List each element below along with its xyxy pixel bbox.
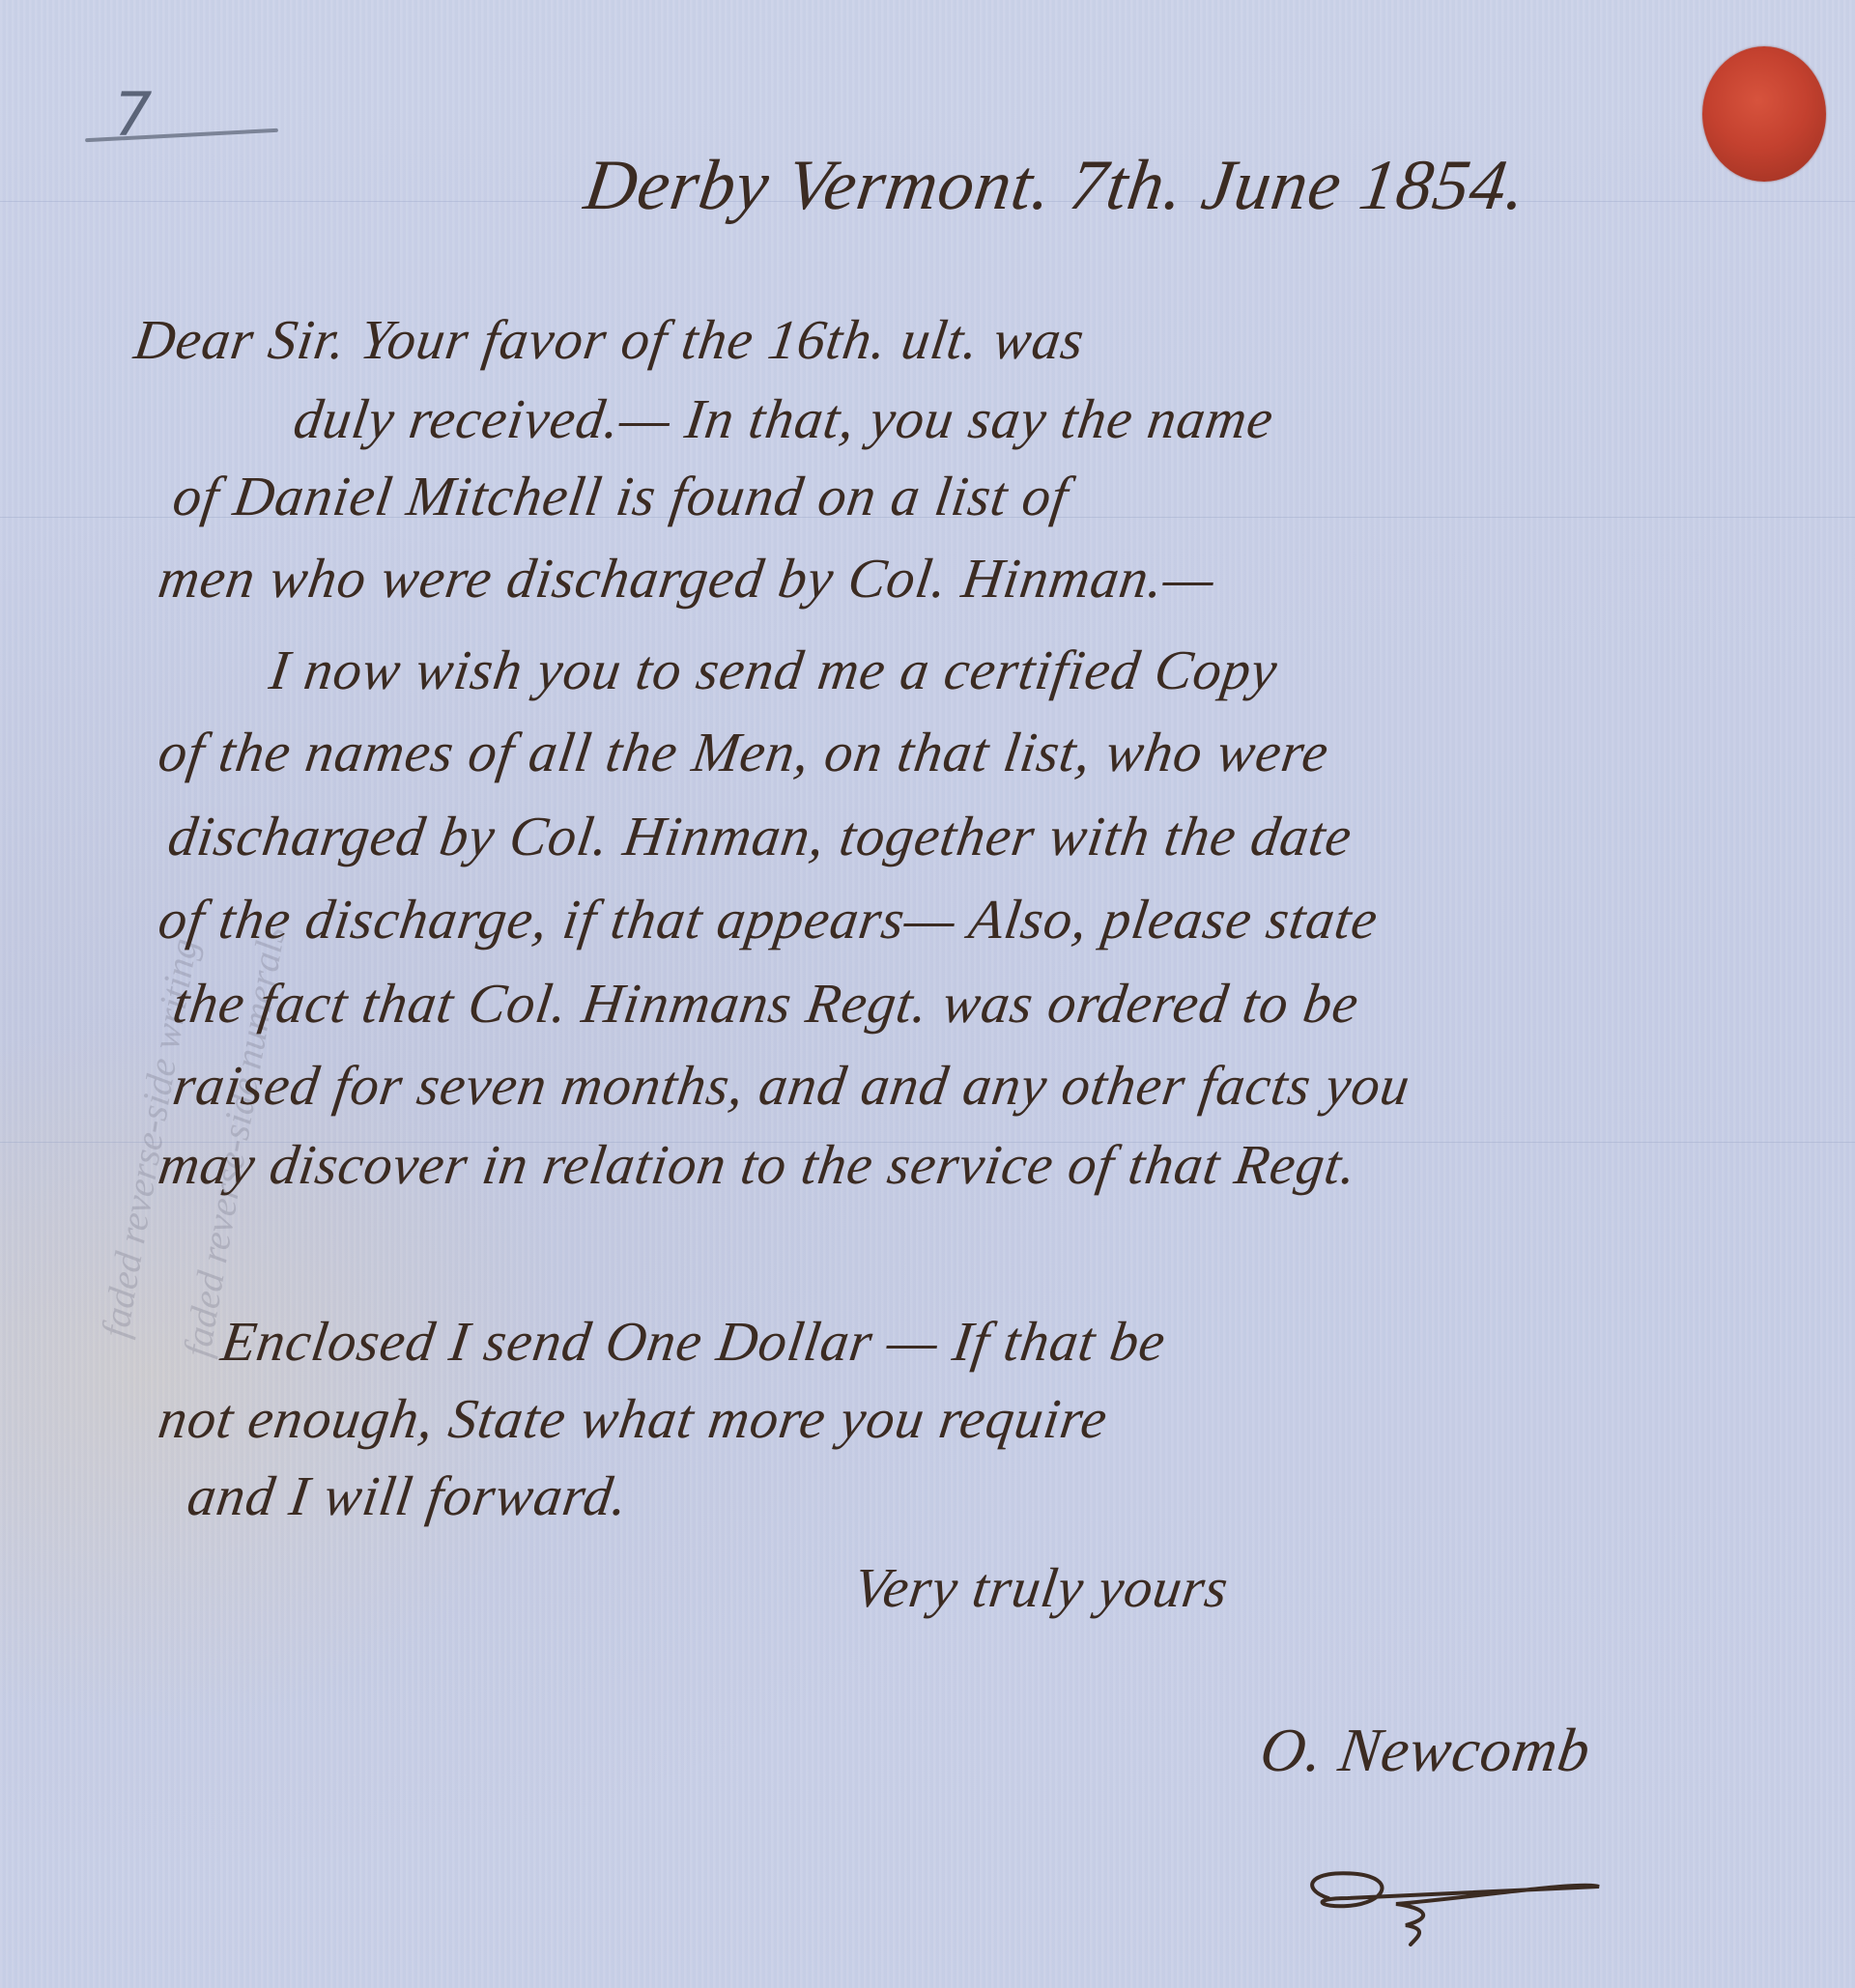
signature: O. Newcomb bbox=[1256, 1715, 1595, 1786]
dateline: Derby Vermont. 7th. June 1854. bbox=[580, 145, 1531, 227]
letter-page: faded reverse-side writing faded reverse… bbox=[0, 0, 1855, 1988]
wax-seal bbox=[1702, 46, 1826, 182]
body-line-5: of the names of all the Men, on that lis… bbox=[155, 720, 1333, 784]
closing: Very truly yours bbox=[850, 1555, 1233, 1620]
body-line-6: discharged by Col. Hinman, together with… bbox=[164, 804, 1356, 868]
body-line-13: and I will forward. bbox=[184, 1463, 633, 1528]
salutation-line: Dear Sir. Your favor of the 16th. ult. w… bbox=[130, 307, 1089, 372]
body-line-10: may discover in relation to the service … bbox=[155, 1132, 1361, 1197]
body-line-11: Enclosed I send One Dollar — If that be bbox=[217, 1309, 1170, 1374]
body-line-1: duly received.— In that, you say the nam… bbox=[290, 386, 1278, 451]
body-line-8: the fact that Col. Hinmans Regt. was ord… bbox=[169, 971, 1363, 1036]
body-line-9: raised for seven months, and and any oth… bbox=[169, 1053, 1414, 1118]
body-line-7: of the discharge, if that appears— Also,… bbox=[155, 887, 1383, 951]
body-line-2: of Daniel Mitchell is found on a list of bbox=[169, 464, 1072, 528]
body-line-12: not enough, State what more you require bbox=[155, 1386, 1112, 1451]
body-line-3: men who were discharged by Col. Hinman.— bbox=[155, 546, 1219, 611]
signature-flourish bbox=[1290, 1869, 1609, 1946]
body-line-4: I now wish you to send me a certified Co… bbox=[266, 638, 1282, 702]
